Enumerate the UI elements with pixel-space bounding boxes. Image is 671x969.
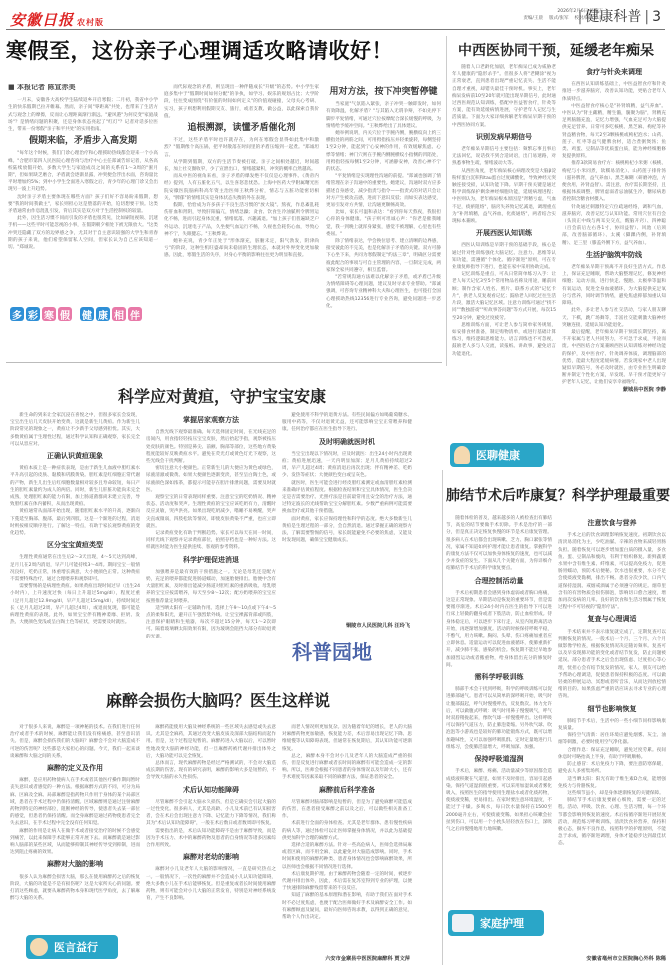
badge-yiyan-yixing: 医言益行 — [26, 935, 118, 959]
newspaper-page: 安徽日报农村版 2026年2月6日 星期五 责编/王晨版式/张军校对/陈宣赤美 … — [0, 0, 671, 969]
editor-credit: 责编/王晨 — [523, 16, 543, 21]
anesthesia-col-3: 而老人情况则更加复杂。因为随着年纪的增长，老人的大脑对麻醉药物更加敏感，恢复能力… — [282, 724, 412, 952]
dementia-col-1: 随着人口老龄化加剧，老年痴呆已成为威胁老年人健康的"隐形杀手"。但很多人将"老糊… — [452, 64, 556, 384]
dementia-col-2: 食疗与针灸来调理 在西医认知训练基础上，中医益智食疗和针灸推进一步滋养脑窍，改善… — [562, 64, 666, 444]
parenting-col-3: 用对方法，按下冲突暂停键 当家庭"气氛陷入紧张，亲子冲突一触即发时，如何有效降温… — [326, 84, 441, 346]
layout-credit: 版式/张军 — [549, 16, 569, 21]
subheading: 及时明确就医时机 — [282, 439, 412, 446]
section-header: |健康科普|3 — [575, 6, 661, 26]
newspaper-logo: 安徽日报农村版 — [10, 9, 104, 30]
badge-jiating-huli: 家庭护理 — [448, 910, 544, 936]
subheading: 麻醉前后科学准备 — [282, 787, 412, 794]
column-divider — [442, 470, 443, 965]
subheading: 掌握居家观察方法 — [146, 417, 276, 424]
jaundice-col-2: 掌握居家观察方法 自然光线下观察最准确。每天选择固定时间，在光线充足的房间内，用… — [146, 412, 276, 638]
jaundice-col-3: 避免使用不科学的退黄方法。有些民间偏方如喝葡萄糖水、服用中药等，不仅对退黄无益，… — [282, 412, 412, 628]
column-divider — [446, 36, 447, 366]
parenting-col-2: 而代际观念的矛盾，则呈现出一种伴随成长"升级"的态势。中小学生家庭多集中于"假期… — [164, 84, 319, 346]
subheading: 细节也影响恢复 — [558, 706, 666, 713]
section-title: 健康科普 — [585, 9, 641, 25]
jaundice-col-1: 新生命的到来让全家沉浸在喜悦之中，但很多家长会发现，宝宝出生后几天皮肤开始变黄，… — [10, 412, 140, 638]
subheading: 追根溯源，读懂矛盾催化剂 — [164, 125, 319, 132]
subheading: 识别发病早期信号 — [452, 134, 556, 141]
subheading: 复查与心理调适 — [558, 616, 666, 623]
headline-anesthesia: 麻醉会损伤大脑吗？医生这样说 — [106, 688, 330, 711]
headline-dementia: 中西医协同干预，延缓老年痴呆 — [458, 40, 654, 60]
byline: ■ 本报记者 陈宣赤美 — [8, 84, 158, 91]
masthead: 安徽日报农村版 2026年2月6日 星期五 责编/王晨版式/张军校对/陈宣赤美 … — [6, 4, 665, 30]
lung-col-1: 随着体检的普及，越来越多的人被检查出有肺结节，高危的结节要做手术切除。手术是治疗… — [446, 515, 552, 845]
badge-yiliao-jiankang: 医聊健康 — [450, 443, 544, 467]
subheading: 正确认识黄疸现象 — [10, 453, 140, 460]
subheading: 用对方法，按下冲突暂停键 — [326, 89, 441, 96]
badge-kepu-yuandi: 科普园地 — [292, 636, 372, 665]
first-aid-kit-icon — [452, 914, 474, 932]
author-signature: 铜陵市人民医院儿科 汪玲飞 — [282, 622, 410, 629]
subheading: 食疗与针灸来调理 — [562, 69, 666, 76]
anesthesia-col-1: 对于很多人来说，麻醉是一项神秘的技术。在我们进行任何治疗或者手术的时候，麻醉能让… — [10, 724, 140, 930]
author-signature: 安徽省亳州市立医院胸心外科 陈稀 — [558, 955, 666, 962]
badge-duocai-hanjia: 多 彩 寒 假 健 康 相 伴 — [10, 307, 142, 321]
subheading: 需科学呼吸训练 — [446, 674, 552, 681]
lung-col-2: 注意饮食与营养 手术之后的饮食调理影响恢复速度。初期饮食以清淡易消化为主，少吃油… — [558, 515, 666, 961]
subheading: 麻醉的定义及作用 — [10, 765, 140, 772]
anesthesia-col-2: 麻醉药能使用大脑及神经系统的一些区域失去感觉或失去意识。尤其是全麻药，其通过改变… — [146, 724, 276, 964]
headline-jaundice: 科学应对黄疸，守护宝宝安康 — [118, 384, 326, 407]
doctor-icon — [454, 446, 470, 464]
subheading: 保持呼吸道湿润 — [446, 756, 552, 763]
edition-label: 农村版 — [77, 17, 104, 27]
subheading: 科学护理促进消退 — [146, 557, 276, 564]
subheading: 麻醉对老幼的影响 — [146, 854, 276, 861]
subheading: 合理控制活动量 — [446, 578, 552, 585]
headline-lung: 肺结节术后咋康复？科学护理最重要 — [446, 485, 670, 505]
subheading: 假期来临，矛盾步入高发期 — [8, 138, 158, 145]
subheading: 区分宝宝黄疸类型 — [10, 542, 140, 549]
section-divider — [6, 362, 442, 363]
subheading: 生活护脑筑牢防线 — [562, 252, 666, 259]
subheading: 麻醉对大脑的影响 — [10, 861, 140, 868]
subheading: 开展西医认知训练 — [452, 230, 556, 237]
page-number: 3 — [652, 9, 661, 25]
subheading: 注意饮食与营养 — [558, 520, 666, 527]
author-signature: 六安市金寨县中医医院麻醉科 贾文萍 — [282, 955, 410, 962]
doctor-icon — [30, 938, 48, 956]
brand-name: 安徽日报 — [10, 11, 74, 29]
subheading: 术后认知功能障碍 — [146, 787, 276, 794]
headline-parenting: 寒假至，这份亲子心理调适攻略请收好！ — [6, 35, 393, 65]
author-signature: 蒙城县中医院 李静 — [562, 387, 666, 394]
parenting-col-1: ■ 本报记者 陈宣赤美 一月末，安徽各大高校学生陆续返乡开启寒假；二月初，我省中… — [8, 84, 158, 334]
